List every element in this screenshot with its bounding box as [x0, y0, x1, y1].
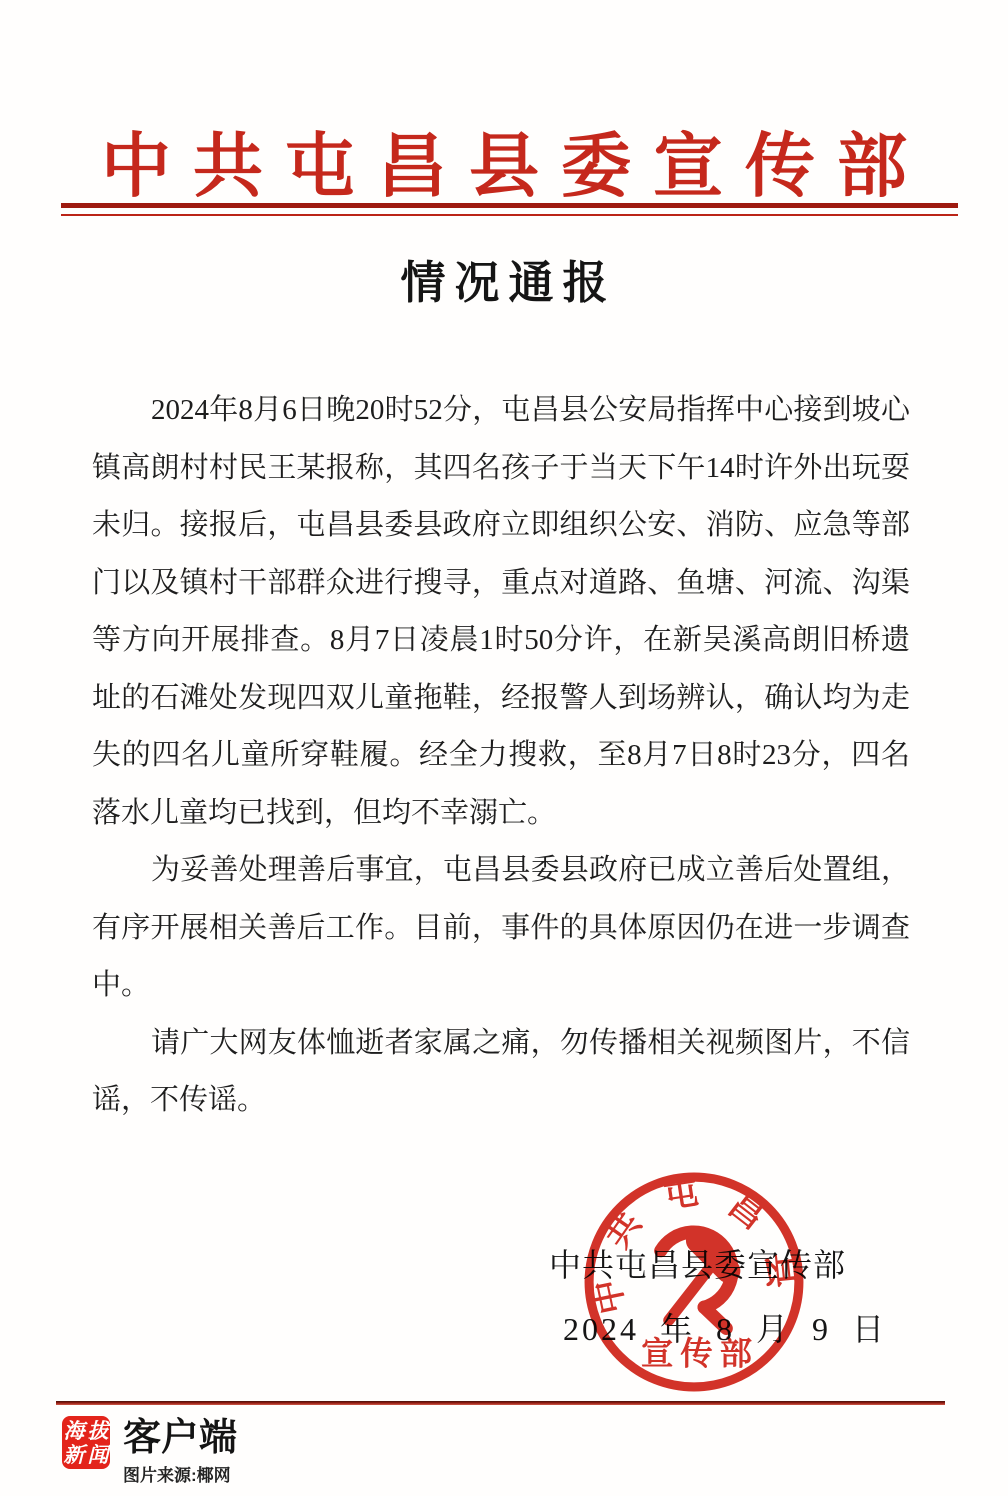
document-title: 情况通报: [0, 246, 1008, 311]
official-seal: 中共屯昌县委 宣传部: [578, 1166, 810, 1398]
body-line: 为妥善处理善后事宜，屯昌县委县政府已成立善后处置组，: [92, 842, 910, 900]
logo-char: 海: [64, 1419, 85, 1443]
logo-char: 闻: [88, 1443, 109, 1467]
letterhead-rule-thick: [61, 203, 958, 208]
body-line: 2024年8月6日晚20时52分，屯昌县公安局指挥中心接到坡心: [92, 382, 910, 440]
hammer-sickle-icon: [661, 1232, 732, 1328]
body-line: 有序开展相关善后工作。目前，事件的具体原因仍在进一步调查: [92, 900, 910, 958]
logo-char: 拔: [88, 1419, 109, 1443]
scanned-notice-page: 中共屯昌县委宣传部 情况通报 2024年8月6日晚20时52分，屯昌县公安局指挥…: [0, 0, 1008, 1496]
haibo-news-logo: 海 拔 新 闻: [62, 1416, 110, 1469]
client-label: 客户端: [123, 1417, 237, 1459]
logo-char: 新: [64, 1443, 85, 1467]
footer-watermark: 海 拔 新 闻 客户端 图片来源:椰网: [62, 1416, 237, 1486]
letterhead-rule-thin: [61, 214, 958, 216]
body-line: 落水儿童均已找到，但均不幸溺亡。: [92, 785, 910, 843]
body-line: 中。: [92, 957, 910, 1015]
body-line: 址的石滩处发现四双儿童拖鞋，经报警人到场辨认，确认均为走: [92, 670, 910, 728]
body-line: 门以及镇村干部群众进行搜寻，重点对道路、鱼塘、河流、沟渠: [92, 555, 910, 613]
footer-divider-line: [56, 1401, 945, 1405]
body-line: 失的四名儿童所穿鞋履。经全力搜救，至8月7日8时23分，四名: [92, 727, 910, 785]
body-line: 等方向开展排查。8月7日凌晨1时50分许，在新吴溪高朗旧桥遗: [92, 612, 910, 670]
body-line: 谣，不传谣。: [92, 1072, 910, 1130]
letterhead-title: 中共屯昌县委宣传部: [0, 110, 1008, 211]
body-line: 请广大网友体恤逝者家属之痛，勿传播相关视频图片，不信: [92, 1015, 910, 1073]
image-credit: 图片来源:椰网: [123, 1461, 237, 1486]
document-body: 2024年8月6日晚20时52分，屯昌县公安局指挥中心接到坡心 镇高朗村村民王某…: [92, 382, 910, 1130]
body-line: 镇高朗村村民王某报称，其四名孩子于当天下午14时许外出玩耍: [92, 440, 910, 498]
seal-bottom-text: 宣传部: [641, 1336, 759, 1372]
body-line: 未归。接报后，屯昌县委县政府立即组织公安、消防、应急等部: [92, 497, 910, 555]
